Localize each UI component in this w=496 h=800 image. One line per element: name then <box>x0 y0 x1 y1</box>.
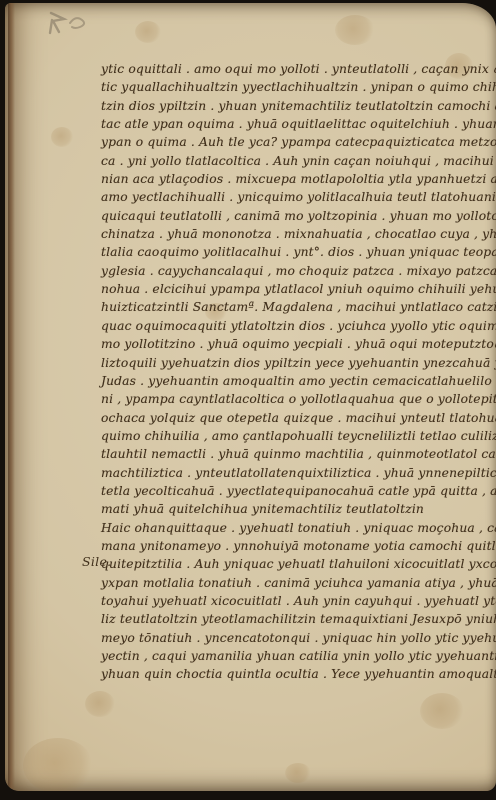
manuscript-line: machtiliztica . ynteutlatollatenquixtili… <box>101 464 496 482</box>
manuscript-line: tetla yecolticahuā . yyectlatequipanocah… <box>101 482 496 500</box>
manuscript-line: meyo tōnatiuh . yncencatotonqui . yniqua… <box>101 629 496 647</box>
manuscript-line: ytic oquittali . amo oqui mo yolloti . y… <box>101 60 496 78</box>
manuscript-line: yectin , caqui yamanilia yhuan catilia y… <box>101 647 496 665</box>
manuscript-line: mo yollotitzino . yhuā oquimo yecpiali .… <box>101 335 496 353</box>
manuscript-line: nian aca ytlaçodios . mixcuepa motlapolo… <box>101 170 496 188</box>
manuscript-line: tlalia caoquimo yolitlacalhui . ynt°. di… <box>101 243 496 261</box>
manuscript-page: Sile. ytic oquittali . amo oqui mo yollo… <box>5 3 496 791</box>
manuscript-line: ni , ypampa cayntlatlacoltica o yollotla… <box>101 390 496 408</box>
manuscript-line: yglesia . cayychancalaqui , mo choquiz p… <box>101 262 496 280</box>
manuscript-line: Judas . yyehuantin amoqualtin amo yectin… <box>101 372 496 390</box>
stain-spot <box>23 738 93 791</box>
manuscript-line: tzin dios ypiltzin . yhuan ynitemachtili… <box>101 97 496 115</box>
manuscript-line: nohua . elcicihui ypampa ytlatlacol yniu… <box>101 280 496 298</box>
stain-spot <box>285 763 311 783</box>
manuscript-line: yxpan motlalia tonatiuh . canimā yciuhca… <box>101 574 496 592</box>
stain-spot <box>135 21 161 43</box>
manuscript-line: toyahui yyehuatl xicocuitlatl . Auh ynin… <box>101 592 496 610</box>
manuscript-line: mati yhuā quitelchihua ynitemachtiliz te… <box>101 500 496 518</box>
folio-flourish-mark <box>37 7 97 39</box>
manuscript-line: mana ynitonameyo . ynnohuiyā motoname yo… <box>101 537 496 555</box>
manuscript-line: tac atle ypan oquima . yhuā oquitlaelitt… <box>101 115 496 133</box>
stain-spot <box>420 693 464 729</box>
manuscript-line: quimo chihuilia , amo çantlapohualli tey… <box>101 427 496 445</box>
stain-spot <box>51 127 73 147</box>
manuscript-scan: Sile. ytic oquittali . amo oqui mo yollo… <box>0 0 496 800</box>
manuscript-line: tic yquallachihualtzin yyectlachihualtzi… <box>101 78 496 96</box>
manuscript-line: ochaca yolquiz que otepetla quizque . ma… <box>101 409 496 427</box>
binding-gutter <box>8 3 15 791</box>
manuscript-line: yhuan quin choctia quintla ocultia . Yec… <box>101 665 496 683</box>
manuscript-line: chinatza . yhuā mononotza . mixnahuatia … <box>101 225 496 243</box>
manuscript-line: ca . yni yollo tlatlacoltica . Auh ynin … <box>101 152 496 170</box>
stain-spot <box>85 691 115 717</box>
manuscript-line: quac oquimocaquiti ytlatoltzin dios . yc… <box>101 317 496 335</box>
manuscript-line: liztoquili yyehuatzin dios ypiltzin yece… <box>101 354 496 372</box>
manuscript-line: amo yectlachihualli . ynicquimo yolitlac… <box>101 188 496 206</box>
manuscript-line: tlauhtil nemactli . yhuā quinmo machtili… <box>101 445 496 463</box>
manuscript-line: ypan o quima . Auh tle yca? ypampa catec… <box>101 133 496 151</box>
stain-spot <box>335 15 375 45</box>
manuscript-line: quitepitztilia . Auh yniquac yehuatl tla… <box>101 555 496 573</box>
text-block: ytic oquittali . amo oqui mo yolloti . y… <box>101 60 496 684</box>
manuscript-line: quicaqui teutlatolli , canimā mo yoltzop… <box>101 207 496 225</box>
manuscript-line: Haic ohanquittaque . yyehuatl tonatiuh .… <box>101 519 496 537</box>
manuscript-line: huizticatzintli Sanctamª. Magdalena , ma… <box>101 298 496 316</box>
manuscript-line: liz teutlatoltzin yteotlamachilitzin tem… <box>101 610 496 628</box>
